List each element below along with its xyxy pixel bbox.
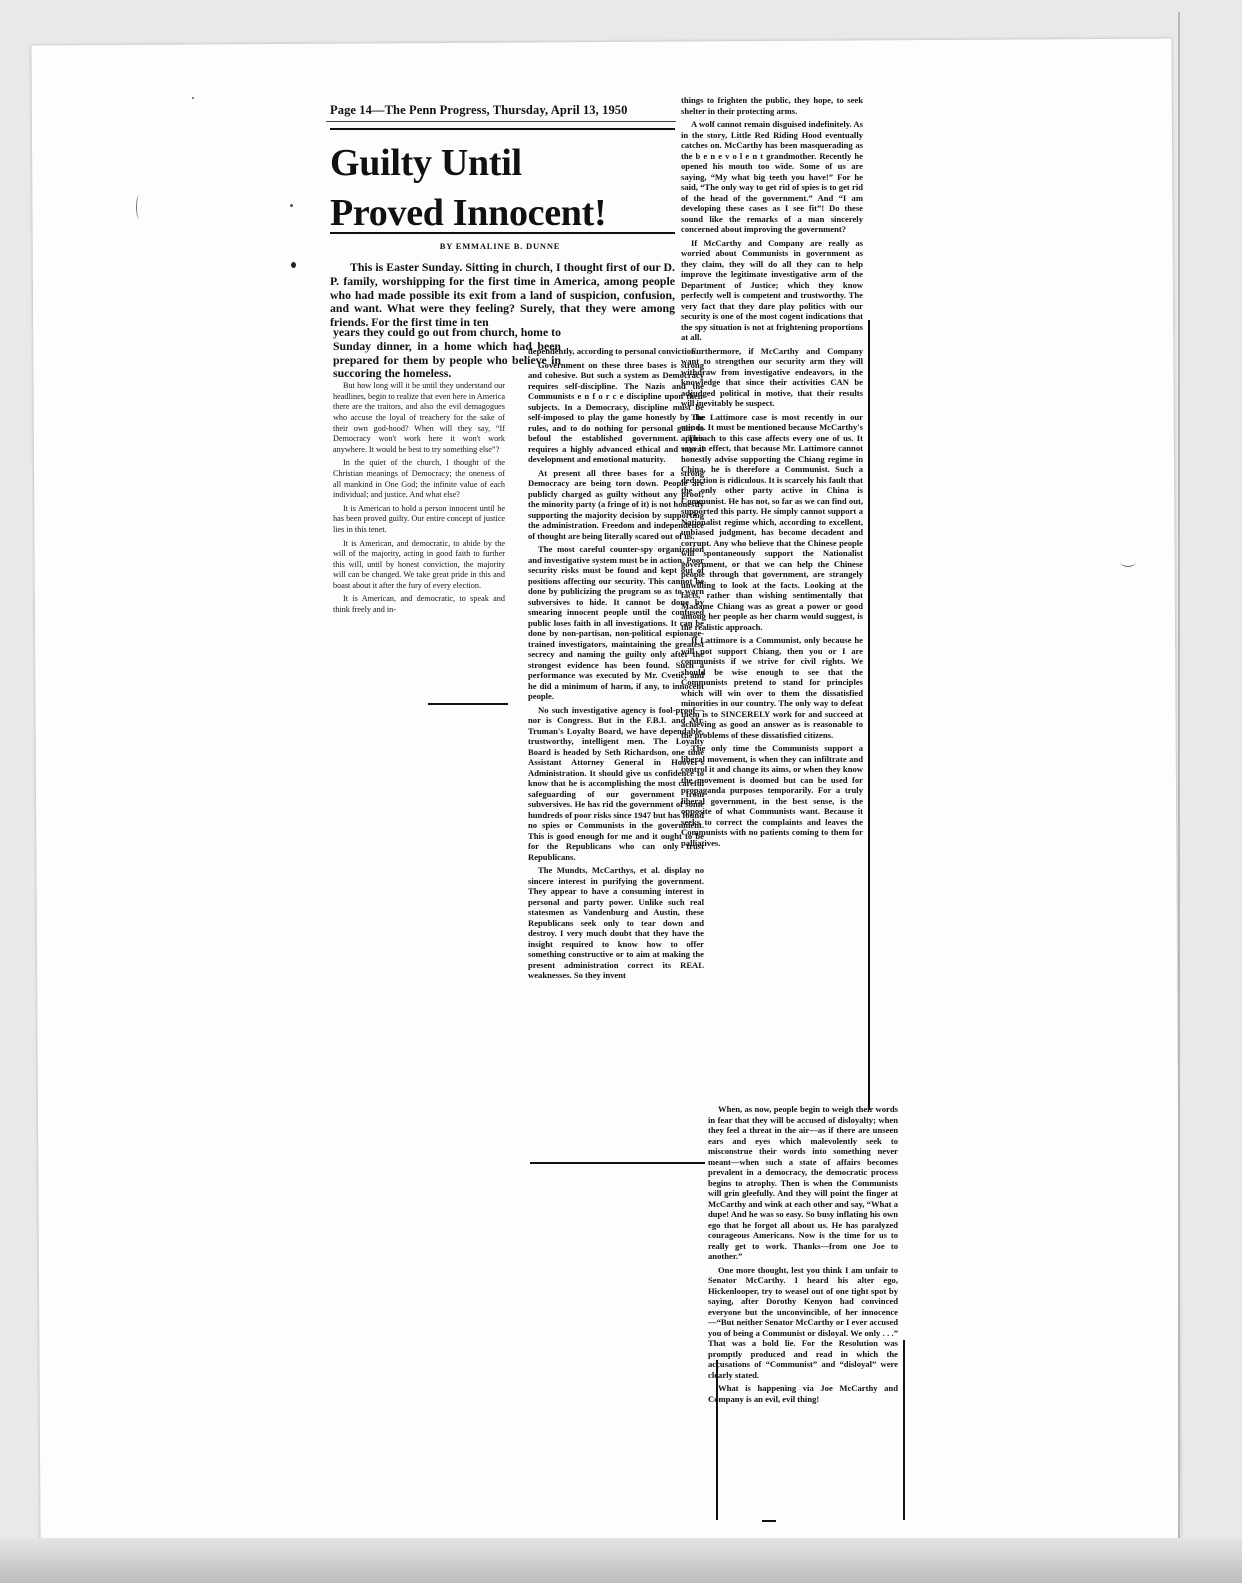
paragraph: What is happening via Joe McCarthy and C… xyxy=(708,1383,898,1404)
scan-bottom-shadow xyxy=(0,1538,1242,1583)
paragraph: Government on these three bases is stron… xyxy=(528,360,704,465)
headline-line-1: Guilty Until xyxy=(330,138,670,188)
byline: BY EMMALINE B. DUNNE xyxy=(330,241,670,251)
paragraph: The only time the Communists support a l… xyxy=(681,743,863,848)
paragraph: years they could go out from church, hom… xyxy=(333,326,561,381)
paragraph: If McCarthy and Company are really as wo… xyxy=(681,238,863,343)
paragraph: things to frighten the public, they hope… xyxy=(681,95,863,116)
paragraph: If Lattimore is a Communist, only becaus… xyxy=(681,635,863,740)
dateline-rule xyxy=(326,121,676,122)
article-column-1: years they could go out from church, hom… xyxy=(333,326,505,619)
headline-line-2: Proved Innocent! xyxy=(330,188,670,238)
paragraph: At present all three bases for a strong … xyxy=(528,468,704,542)
article-column-2: dependently, according to personal convi… xyxy=(528,346,704,984)
paragraph: Furthermore, if McCarthy and Company wan… xyxy=(681,346,863,409)
dateline: Page 14—The Penn Progress, Thursday, Apr… xyxy=(330,103,680,118)
article-column-4: When, as now, people begin to weigh thei… xyxy=(708,1104,898,1407)
paragraph: One more thought, lest you think I am un… xyxy=(708,1265,898,1381)
column-divider xyxy=(903,1340,905,1520)
headline-bottom-rule xyxy=(330,232,675,234)
headline: Guilty Until Proved Innocent! xyxy=(330,138,670,238)
pencil-mark xyxy=(1120,556,1136,567)
paragraph: The Mundts, McCarthys, et al. display no… xyxy=(528,865,704,981)
paragraph: When, as now, people begin to weigh thei… xyxy=(708,1104,898,1262)
scanned-page: Page 14—The Penn Progress, Thursday, Apr… xyxy=(0,0,1242,1583)
paragraph: A wolf cannot remain disguised indefinit… xyxy=(681,119,863,235)
column-end-rule xyxy=(530,1162,705,1164)
paragraph: In the quiet of the church, I thought of… xyxy=(333,458,505,500)
paragraph: No such investigative agency is fool-pro… xyxy=(528,705,704,863)
column-divider xyxy=(716,1360,718,1520)
paragraph: The Lattimore case is most recently in o… xyxy=(681,412,863,633)
lead-paragraph: This is Easter Sunday. Sitting in church… xyxy=(330,261,675,330)
article-end-mark xyxy=(762,1520,776,1522)
column-end-rule xyxy=(428,703,508,705)
column-divider xyxy=(868,320,870,1110)
article-column-3: things to frighten the public, they hope… xyxy=(681,95,863,851)
headline-top-rule xyxy=(330,128,675,130)
paragraph: The most careful counter-spy organizatio… xyxy=(528,544,704,702)
paragraph: It is American, and democratic, to speak… xyxy=(333,594,505,615)
scan-speck xyxy=(192,97,194,99)
scan-speck xyxy=(291,262,296,268)
sheet-edge xyxy=(1178,12,1180,1542)
paragraph: It is American to hold a person innocent… xyxy=(333,504,505,536)
paragraph: It is American, and democratic, to abide… xyxy=(333,539,505,592)
pencil-mark xyxy=(136,195,143,219)
paragraph: dependently, according to personal convi… xyxy=(528,346,704,357)
scan-speck xyxy=(290,204,293,207)
paragraph: But how long will it be until they under… xyxy=(333,381,505,455)
